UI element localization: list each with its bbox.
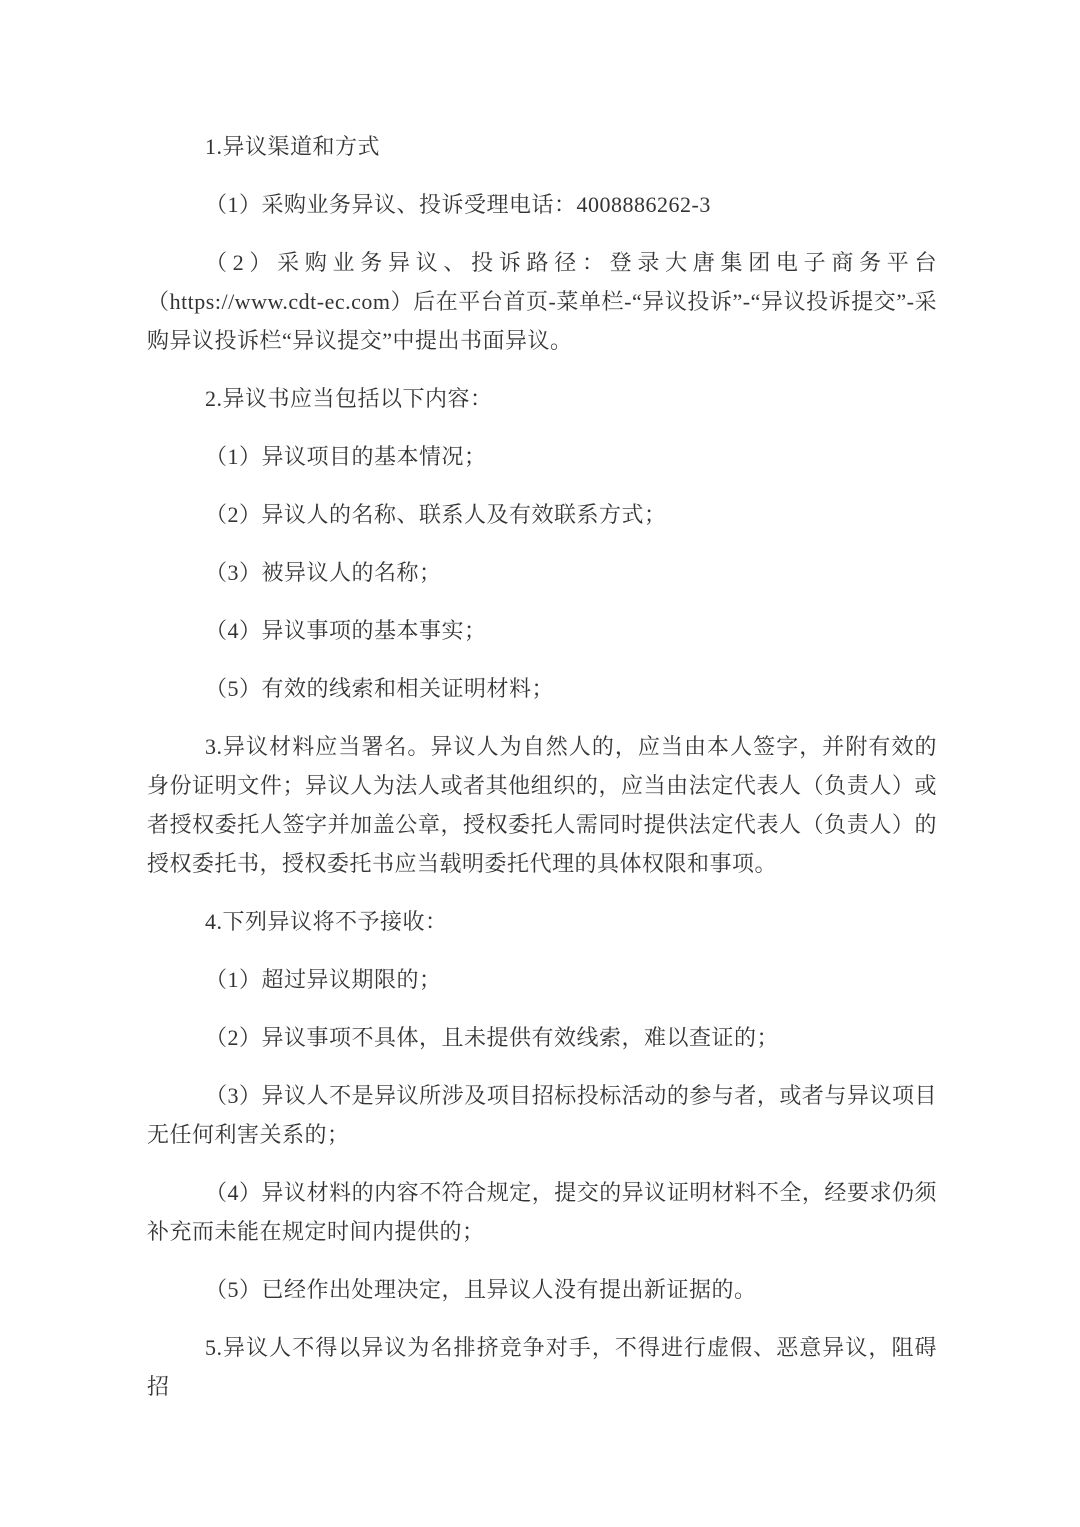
paragraph: （1）超过异议期限的；: [147, 960, 937, 999]
paragraph: （1）异议项目的基本情况；: [147, 437, 937, 476]
paragraph: （2）采购业务异议、投诉路径：登录大唐集团电子商务平台（https://www.…: [147, 243, 937, 360]
paragraph: （4）异议材料的内容不符合规定，提交的异议证明材料不全，经要求仍须补充而未能在规…: [147, 1173, 937, 1251]
paragraph: （4）异议事项的基本事实；: [147, 611, 937, 650]
document-page: 1.异议渠道和方式 （1）采购业务异议、投诉受理电话：4008886262-3 …: [0, 0, 1080, 1527]
paragraph: 3.异议材料应当署名。异议人为自然人的，应当由本人签字，并附有效的身份证明文件；…: [147, 727, 937, 883]
paragraph: （3）被异议人的名称；: [147, 553, 937, 592]
paragraph: 5.异议人不得以异议为名排挤竞争对手，不得进行虚假、恶意异议，阻碍招: [147, 1328, 937, 1406]
paragraph: 1.异议渠道和方式: [147, 127, 937, 166]
paragraph: （5）有效的线索和相关证明材料；: [147, 669, 937, 708]
paragraph: 2.异议书应当包括以下内容：: [147, 379, 937, 418]
paragraph: （2）异议事项不具体，且未提供有效线索，难以查证的；: [147, 1018, 937, 1057]
paragraph: （2）异议人的名称、联系人及有效联系方式；: [147, 495, 937, 534]
paragraph: （1）采购业务异议、投诉受理电话：4008886262-3: [147, 185, 937, 224]
paragraph: （5）已经作出处理决定，且异议人没有提出新证据的。: [147, 1270, 937, 1309]
paragraph: 4.下列异议将不予接收：: [147, 902, 937, 941]
paragraph: （3）异议人不是异议所涉及项目招标投标活动的参与者，或者与异议项目无任何利害关系…: [147, 1076, 937, 1154]
